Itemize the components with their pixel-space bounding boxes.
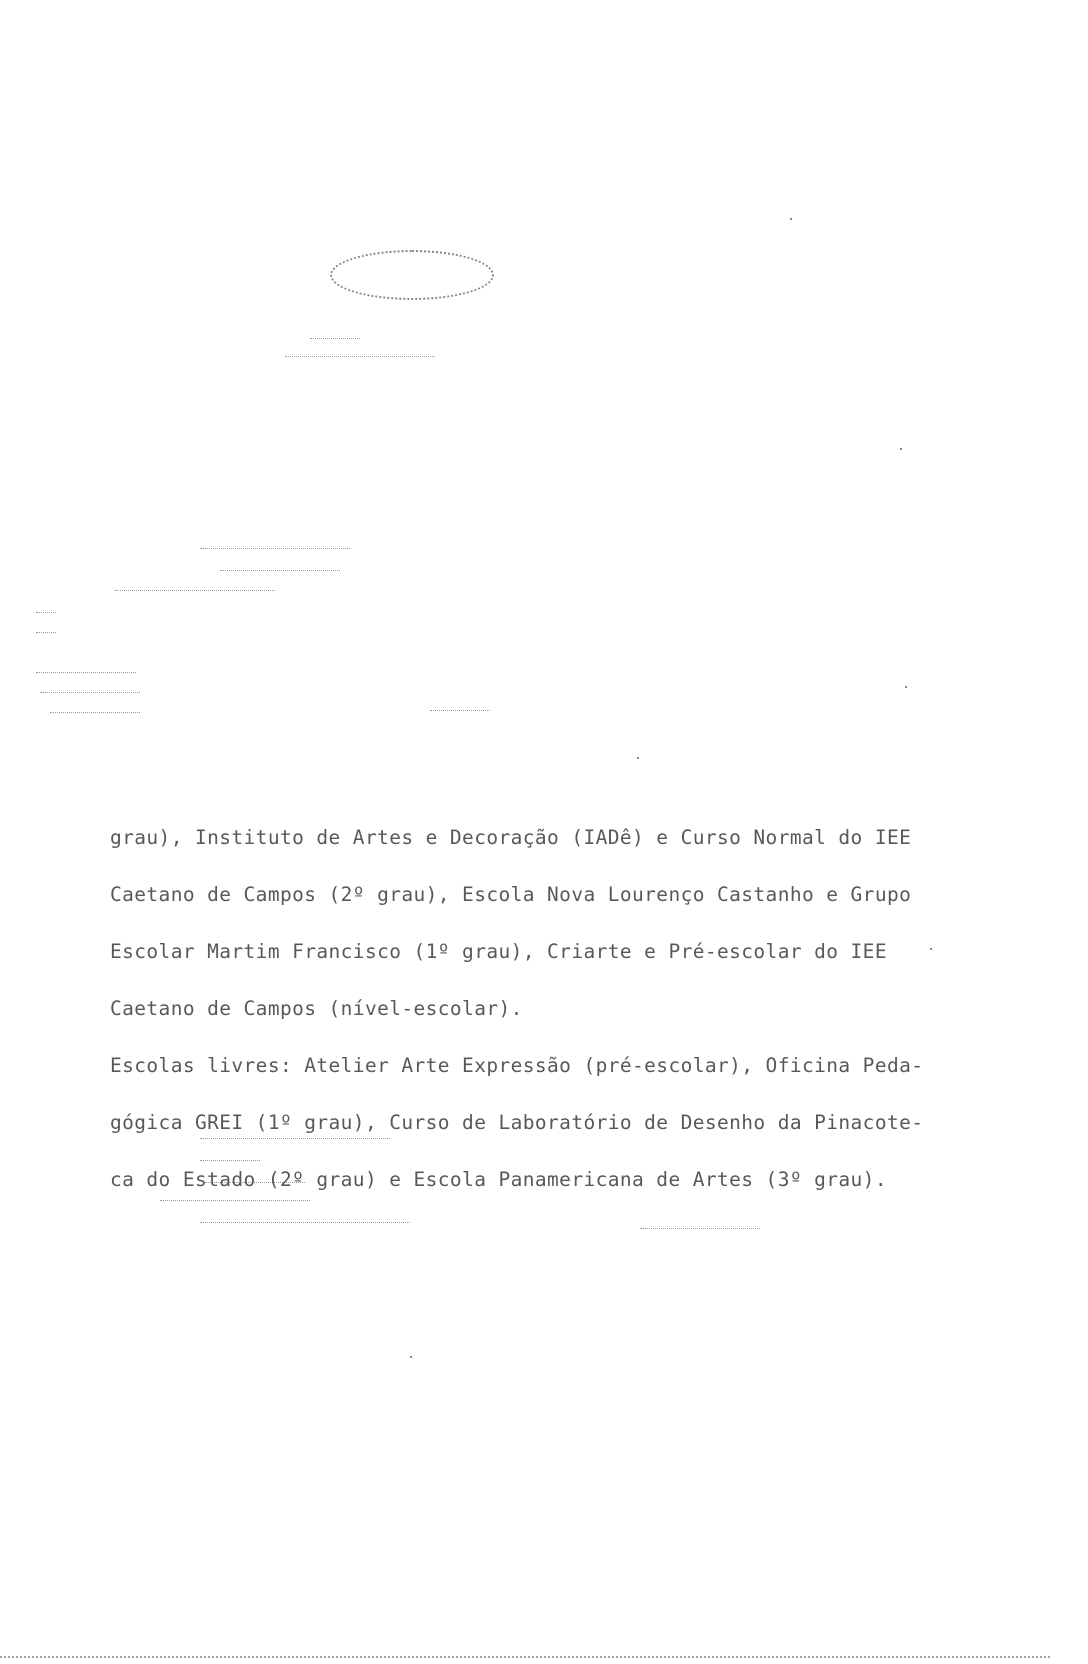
paragraph-line: Escolas livres: Atelier Arte Expressão (… — [110, 1056, 980, 1075]
scan-artifact — [40, 692, 140, 694]
scan-artifact — [285, 356, 435, 358]
paragraph-line: Escolar Martim Francisco (1º grau), Cria… — [110, 942, 980, 961]
scan-edge-artifact — [0, 1656, 1050, 1660]
scan-speck — [905, 686, 907, 688]
oval-stamp-mark — [330, 250, 494, 300]
scan-artifact — [36, 632, 56, 634]
typewritten-paragraph: grau), Instituto de Artes e Decoração (I… — [110, 790, 980, 1227]
scan-artifact — [430, 710, 490, 712]
scan-artifact — [36, 612, 56, 614]
scanned-page: grau), Instituto de Artes e Decoração (I… — [0, 0, 1088, 1664]
scan-artifact — [115, 590, 275, 592]
scan-artifact — [50, 712, 140, 714]
paragraph-line: ca do Estado (2º grau) e Escola Panameri… — [110, 1170, 980, 1189]
scan-speck — [790, 218, 792, 220]
scan-artifact — [220, 570, 340, 572]
scan-speck — [637, 757, 639, 759]
paragraph-line: Caetano de Campos (nível-escolar). — [110, 999, 980, 1018]
scan-artifact — [310, 338, 360, 340]
scan-artifact — [200, 548, 350, 550]
scan-artifact — [640, 1228, 760, 1230]
scan-speck — [900, 448, 902, 450]
scan-artifact — [36, 672, 136, 674]
paragraph-line: Caetano de Campos (2º grau), Escola Nova… — [110, 885, 980, 904]
scan-speck — [410, 1356, 412, 1358]
paragraph-line: grau), Instituto de Artes e Decoração (I… — [110, 828, 980, 847]
paragraph-line: gógica GREI (1º grau), Curso de Laborató… — [110, 1113, 980, 1132]
